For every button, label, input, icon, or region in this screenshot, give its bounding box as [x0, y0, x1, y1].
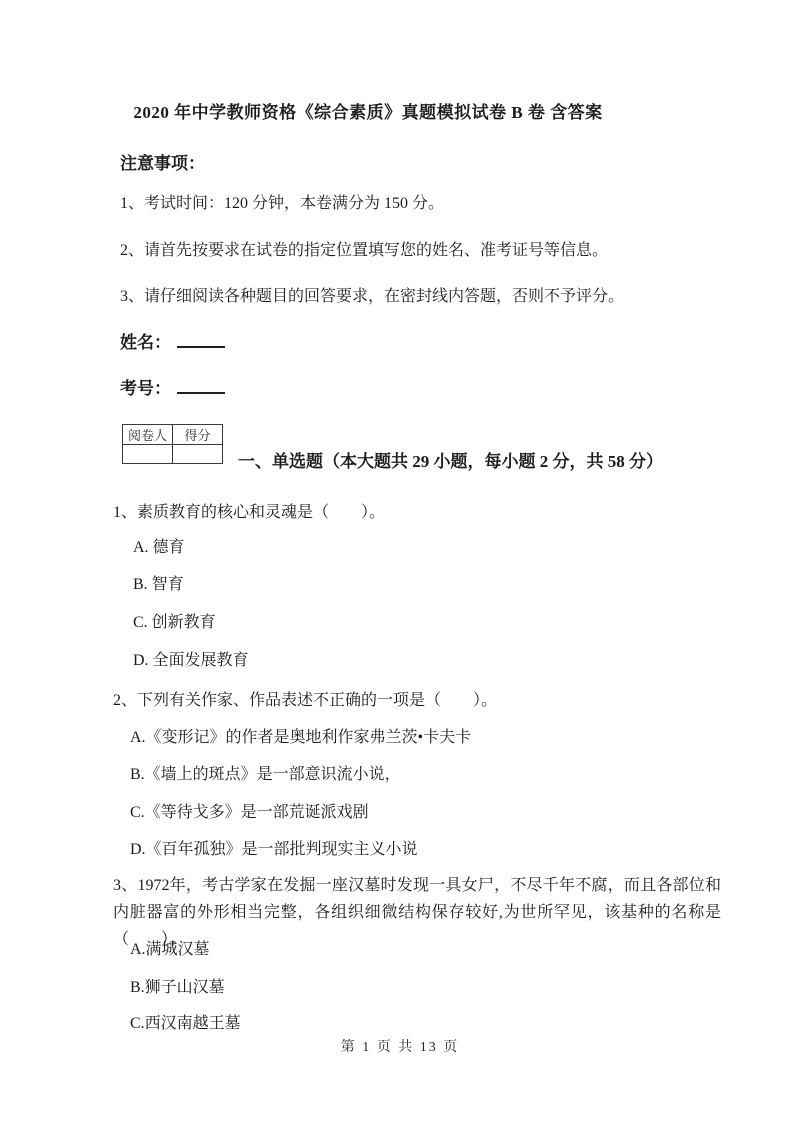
score-table-cell-score — [173, 445, 223, 464]
name-field-row: 姓名： — [120, 328, 225, 353]
question-2-option-b: B.《墙上的斑点》是一部意识流小说， — [130, 761, 401, 784]
score-table-header-score: 得分 — [173, 425, 223, 445]
score-table-header-grader: 阅卷人 — [123, 425, 173, 445]
document-title: 2020 年中学教师资格《综合素质》真题模拟试卷 B 卷 含答案 — [0, 98, 736, 123]
notice-item-1: 1、考试时间：120 分钟，本卷满分为 150 分。 — [120, 190, 444, 213]
exam-no-blank-line — [177, 377, 225, 394]
question-2-option-a: A.《变形记》的作者是奥地利作家弗兰茨•卡夫卡 — [130, 724, 471, 747]
name-label: 姓名： — [120, 333, 171, 352]
notice-heading: 注意事项： — [120, 149, 205, 174]
question-1-option-b: B. 智育 — [133, 571, 184, 594]
question-2-option-c: C.《等待戈多》是一部荒诞派戏剧 — [130, 799, 369, 822]
exam-document-page: 2020 年中学教师资格《综合素质》真题模拟试卷 B 卷 含答案 注意事项： 1… — [0, 0, 800, 1132]
name-blank-line — [177, 331, 225, 348]
grader-score-table: 阅卷人 得分 — [122, 424, 223, 464]
score-table-cell-grader — [123, 445, 173, 464]
question-3-option-b: B.狮子山汉墓 — [130, 974, 225, 997]
question-2-option-d: D.《百年孤独》是一部批判现实主义小说 — [130, 836, 418, 859]
score-table-value-row — [123, 445, 223, 464]
question-2-stem: 2、下列有关作家、作品表述不正确的一项是（ ）。 — [113, 687, 497, 710]
question-1-stem: 1、素质教育的核心和灵魂是（ ）。 — [113, 499, 385, 522]
exam-no-label: 考号： — [120, 379, 171, 398]
page-number-footer: 第 1 页 共 13 页 — [0, 1036, 800, 1056]
notice-item-2: 2、请首先按要求在试卷的指定位置填写您的姓名、准考证号等信息。 — [120, 237, 608, 260]
exam-no-field-row: 考号： — [120, 374, 225, 399]
notice-item-3: 3、请仔细阅读各种题目的回答要求，在密封线内答题，否则不予评分。 — [120, 283, 624, 306]
question-1-option-c: C. 创新教育 — [133, 609, 216, 632]
question-1-option-d: D. 全面发展教育 — [133, 647, 249, 670]
question-3-option-c: C.西汉南越王墓 — [130, 1010, 241, 1033]
section-heading-single-choice: 一、单选题（本大题共 29 小题，每小题 2 分，共 58 分） — [238, 447, 663, 472]
score-table-header-row: 阅卷人 得分 — [123, 425, 223, 445]
question-3-option-a: A.满城汉墓 — [130, 936, 210, 959]
question-1-option-a: A. 德育 — [133, 534, 185, 557]
